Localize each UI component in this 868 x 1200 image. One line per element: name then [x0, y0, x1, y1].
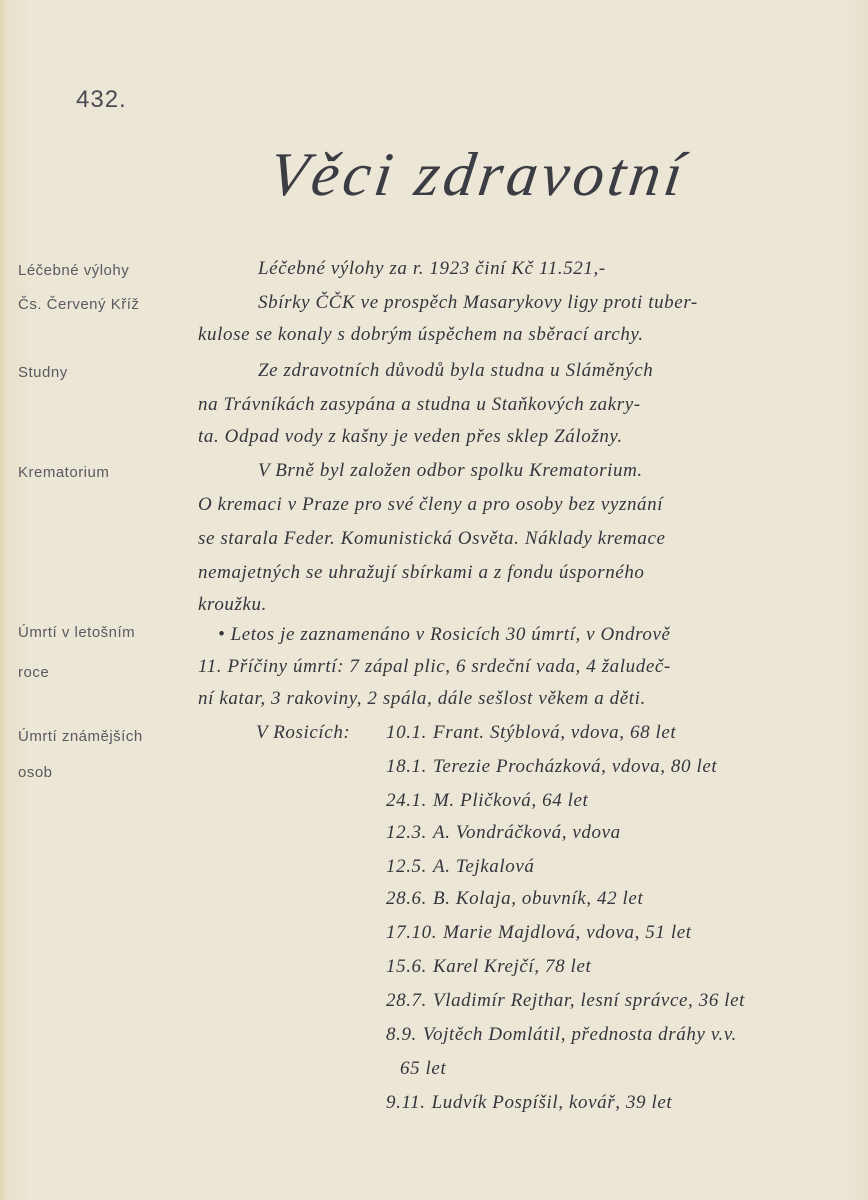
death-details: A. Vondráčková, vdova [433, 822, 621, 843]
death-entry: 12.3.A. Vondráčková, vdova [386, 822, 621, 844]
document-page: 432. Věci zdravotní Léčebné výlohyČs. Če… [0, 0, 868, 1200]
page-number: 432. [76, 86, 127, 114]
death-date: 17.10. [386, 922, 437, 943]
death-date: 24.1. [386, 790, 427, 811]
text-line: ní katar, 3 rakoviny, 2 spála, dále sešl… [198, 688, 646, 710]
text-line: kroužku. [198, 594, 267, 616]
death-date: 15.6. [386, 956, 427, 977]
death-entry: 10.1.Frant. Stýblová, vdova, 68 let [386, 722, 676, 744]
death-details: Ludvík Pospíšil, kovář, 39 let [432, 1092, 673, 1113]
death-entry: 18.1.Terezie Procházková, vdova, 80 let [386, 756, 717, 778]
text-line: O kremaci v Praze pro své členy a pro os… [198, 494, 663, 516]
death-details: Marie Majdlová, vdova, 51 let [443, 922, 692, 943]
text-line: Ze zdravotních důvodů byla studna u Slám… [258, 360, 653, 382]
margin-note: Čs. Červený Kříž [18, 296, 139, 313]
death-entry: 24.1.M. Pličková, 64 let [386, 790, 588, 812]
death-entry: 28.7.Vladimír Rejthar, lesní správce, 36… [386, 990, 745, 1012]
death-date: 28.7. [386, 990, 427, 1011]
death-details: Frant. Stýblová, vdova, 68 let [433, 722, 676, 743]
death-details: 65 let [400, 1058, 446, 1079]
death-entry: 65 let [400, 1058, 446, 1080]
death-details: A. Tejkalová [433, 856, 535, 877]
death-details: Terezie Procházková, vdova, 80 let [433, 756, 717, 777]
margin-note: Léčebné výlohy [18, 262, 129, 279]
text-line: ta. Odpad vody z kašny je veden přes skl… [198, 426, 623, 448]
death-entry: 28.6.B. Kolaja, obuvník, 42 let [386, 888, 643, 910]
margin-note: Úmrtí známějších [18, 728, 143, 745]
death-entry: 9.11.Ludvík Pospíšil, kovář, 39 let [386, 1092, 672, 1114]
death-date: 12.3. [386, 822, 427, 843]
text-line: • Letos je zaznamenáno v Rosicích 30 úmr… [218, 624, 671, 646]
death-entry: 12.5.A. Tejkalová [386, 856, 535, 878]
text-line: kulose se konaly s dobrým úspěchem na sb… [198, 324, 644, 346]
text-line: na Trávníkách zasypána a studna u Staňko… [198, 394, 641, 416]
margin-note: osob [18, 764, 53, 781]
death-entry: 8.9.Vojtěch Domlátil, přednosta dráhy v.… [386, 1024, 737, 1046]
text-line: 11. Příčiny úmrtí: 7 zápal plic, 6 srdeč… [198, 656, 671, 678]
deaths-place-label: V Rosicích: [256, 722, 350, 744]
death-details: M. Pličková, 64 let [433, 790, 588, 811]
death-date: 9.11. [386, 1092, 426, 1113]
text-line: Léčebné výlohy za r. 1923 činí Kč 11.521… [258, 258, 606, 280]
page-title: Věci zdravotní [265, 140, 691, 211]
margin-note: roce [18, 664, 49, 681]
text-line: V Brně byl založen odbor spolku Kremator… [258, 460, 643, 482]
death-details: Vladimír Rejthar, lesní správce, 36 let [433, 990, 745, 1011]
death-details: B. Kolaja, obuvník, 42 let [433, 888, 643, 909]
death-entry: 17.10.Marie Majdlová, vdova, 51 let [386, 922, 692, 944]
death-details: Karel Krejčí, 78 let [433, 956, 591, 977]
death-date: 28.6. [386, 888, 427, 909]
margin-note: Studny [18, 364, 68, 381]
death-date: 18.1. [386, 756, 427, 777]
text-line: nemajetných se uhražují sbírkami a z fon… [198, 562, 645, 584]
margin-note: Úmrtí v letošním [18, 624, 135, 641]
death-date: 12.5. [386, 856, 427, 877]
text-line: se starala Feder. Komunistická Osvěta. N… [198, 528, 666, 550]
death-entry: 15.6.Karel Krejčí, 78 let [386, 956, 591, 978]
text-line: Sbírky ČČK ve prospěch Masarykovy ligy p… [258, 292, 698, 314]
death-details: Vojtěch Domlátil, přednosta dráhy v.v. [423, 1024, 737, 1045]
margin-note: Krematorium [18, 464, 109, 481]
death-date: 8.9. [386, 1024, 417, 1045]
death-date: 10.1. [386, 722, 427, 743]
